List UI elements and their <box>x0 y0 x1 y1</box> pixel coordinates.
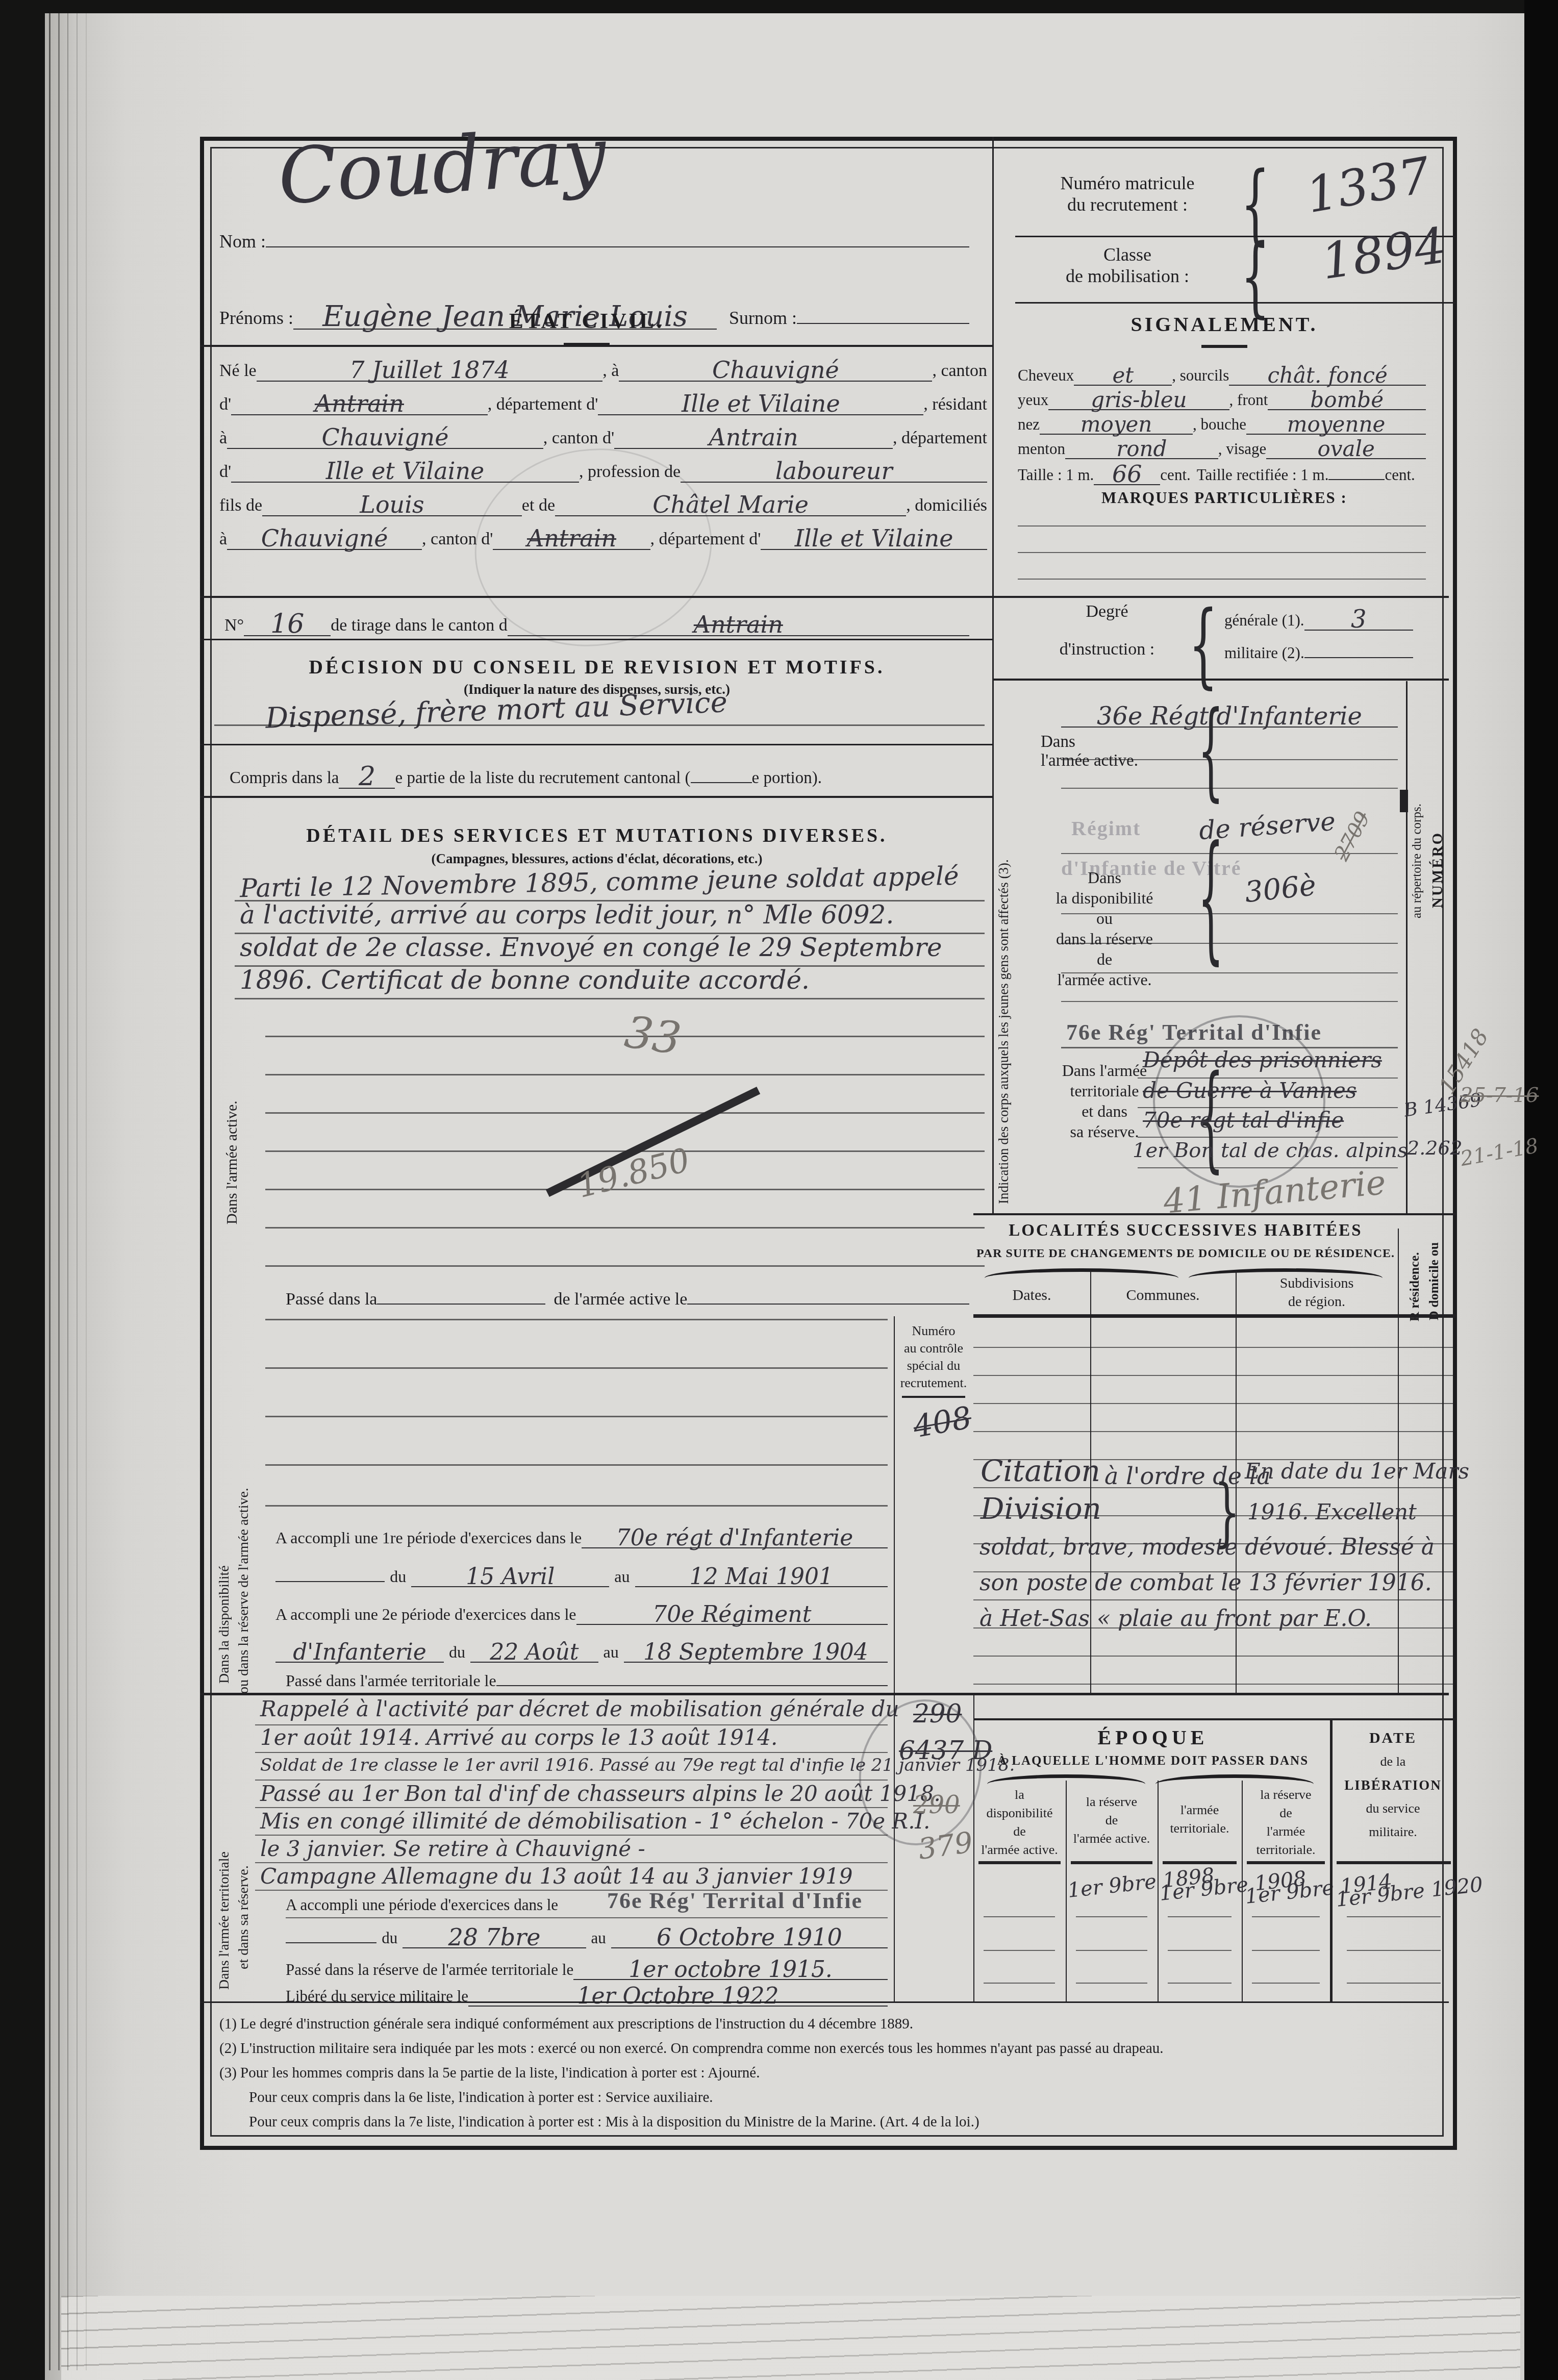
birth-canton-handwritten: Antrain <box>315 393 404 415</box>
front-handwritten: bombé <box>1310 390 1384 410</box>
dispo-brace: { <box>1198 816 1224 978</box>
sourcils-handwritten: chât. foncé <box>1267 365 1387 386</box>
dispo-blank-line <box>265 1319 888 1320</box>
epoque-divider-2 <box>1158 1781 1159 2001</box>
departement-d-label: , département d' <box>650 530 761 549</box>
au-label: au <box>614 1567 630 1586</box>
compris-label-2: e partie de la liste du recrutement cant… <box>395 769 690 788</box>
citation-word: Citation <box>981 1457 1100 1485</box>
portion-field <box>691 782 752 783</box>
periode-2-infanterie-handwritten: d'Infanterie <box>293 1642 426 1663</box>
periode-2-to-handwritten: 18 Septembre 1904 <box>643 1642 868 1663</box>
corps-line <box>1138 1137 1398 1138</box>
profession-handwritten: laboureur <box>775 460 893 483</box>
epoque-col1: disponibilité <box>973 1804 1066 1822</box>
section-rule-1 <box>200 596 1449 598</box>
epoque-date-col: LIBÉRATION <box>1330 1773 1456 1797</box>
terr-rule <box>255 1835 888 1836</box>
footnotes-rule <box>200 2001 1449 2003</box>
citation-line-4: son poste de combat le 13 février 1916. <box>979 1572 1432 1594</box>
book-gutter-line <box>49 13 51 2370</box>
citation-division: Division <box>981 1495 1101 1523</box>
epoque-col4: territoriale. <box>1242 1841 1330 1859</box>
chasseurs-alpins-handwritten: 1er Bon tal de chas. alpins <box>1133 1141 1408 1160</box>
domicilies-label: , domiciliés <box>906 496 987 515</box>
dispo-label-2: la disponibilité <box>1020 888 1189 908</box>
epoque-row-line <box>1076 1983 1147 1984</box>
et-de-label: et de <box>522 496 555 515</box>
parents-canton-handwritten: Antrain <box>527 528 616 550</box>
nez-handwritten: moyen <box>1080 414 1152 435</box>
du-label: du <box>382 1929 397 1947</box>
periode-1-blank <box>275 1581 385 1582</box>
epoque-col4: l'armée <box>1242 1822 1330 1841</box>
tirage-canton-handwritten: Antrain <box>694 614 783 636</box>
epoque-title: ÉPOQUE <box>990 1725 1316 1749</box>
controle-label-1: Numéro <box>894 1322 973 1340</box>
col-subdivisions-2: de région. <box>1236 1294 1398 1310</box>
departement-label: , département <box>893 429 987 448</box>
au-label: au <box>591 1929 606 1947</box>
controle-num-1: 290 <box>913 1702 962 1726</box>
nom-label: Nom : <box>219 231 266 252</box>
dispo-label-3: ou <box>1020 908 1189 929</box>
etat-civil-dash <box>564 343 610 346</box>
au-label: au <box>604 1643 619 1662</box>
menton-label: menton <box>1018 440 1065 458</box>
dispo-blank-line <box>265 1464 888 1466</box>
footnote-5: Pour ceux compris dans la 7e liste, l'in… <box>249 2110 1443 2134</box>
epoque-col2: la réserve <box>1066 1793 1158 1811</box>
signalement-title: SIGNALEMENT. <box>1046 312 1403 336</box>
compris-label-3: e portion). <box>752 769 822 788</box>
classe-label-1: Classe <box>1020 244 1235 265</box>
services-line-4: 1896. Certificat de bonne conduite accor… <box>240 968 810 993</box>
epoque-date-col: militaire. <box>1330 1820 1456 1844</box>
instruction-rule <box>992 679 1449 681</box>
epoque-col2: de <box>1066 1811 1158 1830</box>
terr-side-label-1: Dans l'armée territoriale <box>216 1714 233 1990</box>
epoque-date-col: de la <box>1330 1750 1456 1773</box>
localites-row-line <box>973 1431 1456 1432</box>
dispo-blank-line <box>265 1367 888 1369</box>
numero-tirage-handwritten: 16 <box>270 612 304 637</box>
compris-rule <box>200 796 992 798</box>
passe-active-field-1 <box>377 1304 545 1305</box>
nom-field <box>266 246 969 247</box>
citation-line-5: à Het-Sas « plaie au front par E.O. <box>979 1608 1372 1630</box>
column-divider <box>992 137 994 1213</box>
dispo-label-1: Dans <box>1020 867 1189 888</box>
armee-active-label-2: l'armée active. <box>1041 751 1138 770</box>
epoque-head-underline <box>1337 1861 1451 1864</box>
epoque-head-underline <box>1071 1861 1152 1864</box>
fils-de-label: fils de <box>219 496 262 515</box>
epoque-row-line <box>1168 1950 1232 1951</box>
controle-num-3: 290 <box>913 1794 960 1817</box>
a-label: à <box>219 429 227 448</box>
passe-territoriale-field <box>496 1685 888 1686</box>
register-page-scan: Coudray Nom : Prénoms : Eugène Jean Mari… <box>0 0 1558 2380</box>
parents-commune-handwritten: Chauvigné <box>261 528 388 550</box>
controle-num-2: 6437 D <box>899 1739 992 1763</box>
terr-line-2: 1er août 1914. Arrivé au corps le 13 aoû… <box>260 1727 777 1748</box>
passe-active-field-2 <box>687 1304 969 1305</box>
pencil-33: 33 <box>622 1012 684 1061</box>
periode-1-corps-handwritten: 70e régt d'Infanterie <box>616 1527 853 1549</box>
father-name-handwritten: Louis <box>360 494 424 516</box>
epoque-date-col: DATE <box>1330 1726 1456 1750</box>
classe-rule <box>1015 302 1456 304</box>
services-line-3: soldat de 2e classe. Envoyé en congé le … <box>240 936 942 960</box>
epoque-col3: l'armée <box>1158 1801 1242 1819</box>
epoque-head-underline <box>978 1861 1061 1864</box>
matricule-label-1: Numéro matricule <box>1020 172 1235 194</box>
epoque-row-line <box>984 1916 1055 1917</box>
epoque-row-line <box>1347 1983 1441 1984</box>
dr-col-label-2: R résidence. <box>1407 1235 1422 1321</box>
services-line-2: à l'activité, arrivé au corps ledit jour… <box>240 903 894 928</box>
departement-label: , département d' <box>488 395 598 414</box>
decision-line-2 <box>200 744 992 745</box>
taille-handwritten: 66 <box>1112 463 1142 486</box>
du-label: du <box>390 1567 406 1586</box>
terr-ex-from-handwritten: 28 7bre <box>448 1926 540 1949</box>
instruction-generale-label: générale (1). <box>1224 611 1304 630</box>
epoque-row-line <box>1252 1983 1320 1984</box>
repertoire-label-2: au répertoire du corps. <box>1410 684 1424 918</box>
epoque-col3: territoriale. <box>1158 1819 1242 1838</box>
passe-active-label-1: Passé dans la <box>286 1290 377 1309</box>
birth-departement-handwritten: Ille et Vilaine <box>682 393 840 415</box>
bouche-handwritten: moyenne <box>1287 414 1386 435</box>
margin-date-1: 25-7-16 <box>1460 1086 1539 1105</box>
epoque-col1: la <box>973 1786 1066 1804</box>
page-stack-bottom-edge <box>61 2296 1520 2380</box>
terr-76-stamp: 76e Rég' Territal d'Infie <box>607 1888 863 1914</box>
ne-le-label: Né le <box>219 361 257 381</box>
menton-handwritten: rond <box>1116 439 1167 459</box>
dispo-label-5: de <box>1020 949 1189 969</box>
corps-blank-line <box>1061 788 1398 789</box>
cheveux-label: Cheveux <box>1018 366 1074 385</box>
localites-header-rule <box>973 1314 1456 1318</box>
instruction-generale-handwritten: 3 <box>1351 608 1367 632</box>
residence-departement-handwritten: Ille et Vilaine <box>326 460 485 483</box>
guerre-vannes-handwritten: de Guerre à Vannes <box>1143 1081 1356 1101</box>
instruction-militaire-label: militaire (2). <box>1224 644 1304 662</box>
controle-408-handwritten: 408 <box>911 1403 974 1442</box>
epoque-row-line <box>1168 1916 1232 1917</box>
scan-right-black-band <box>1524 0 1558 2380</box>
dispo-label-6: l'armée active. <box>1020 969 1189 990</box>
visage-handwritten: ovale <box>1318 439 1375 459</box>
marques-line-3 <box>1018 579 1426 580</box>
localites-row-line <box>973 1347 1456 1348</box>
footnote-1: (1) Le degré d'instruction générale sera… <box>219 2012 1444 2036</box>
epoque-col2: l'armée active. <box>1066 1830 1158 1848</box>
terr-ex-to-handwritten: 6 Octobre 1910 <box>657 1926 842 1949</box>
periode-2-label: A accompli une 2e période d'exercices da… <box>275 1605 576 1624</box>
mother-name-handwritten: Châtel Marie <box>652 494 809 516</box>
terr-line-4: Passé au 1er Bon tal d'inf de chasseurs … <box>260 1784 941 1804</box>
dispo-blank-line <box>265 1416 888 1417</box>
epoque-col4: la réserve <box>1242 1786 1330 1804</box>
localites-row-line <box>973 1656 1456 1657</box>
taille-unit-label: cent. <box>1160 466 1190 484</box>
reserve-number-handwritten: 306è <box>1244 872 1318 907</box>
controle-label-2: au contrôle <box>894 1340 973 1357</box>
libere-date-handwritten: 1er Octobre 1922 <box>577 1986 778 2007</box>
book-gutter-line <box>86 13 87 2370</box>
degre-brace: { <box>1189 592 1218 699</box>
taille-label: Taille : 1 m. <box>1018 466 1094 484</box>
epoque-row-line <box>1347 1916 1441 1917</box>
terr-rule <box>255 1807 888 1808</box>
front-label: , front <box>1229 391 1268 409</box>
epoque-date-col: du service <box>1330 1797 1456 1820</box>
degre-label-2: d'instruction : <box>1031 640 1184 659</box>
marques-line-2 <box>1018 552 1426 553</box>
services-rule <box>235 998 985 999</box>
visage-label: , visage <box>1218 440 1267 458</box>
yeux-label: yeux <box>1018 391 1048 409</box>
terr-rule <box>255 1780 888 1781</box>
periode-1-to-handwritten: 12 Mai 1901 <box>690 1566 833 1588</box>
epoque-row-line <box>1168 1983 1232 1984</box>
yeux-handwritten: gris-bleu <box>1091 390 1187 410</box>
controle-label-4: recrutement. <box>894 1374 973 1392</box>
dispo-blank-line <box>265 1505 888 1507</box>
localites-row-line <box>973 1403 1456 1404</box>
services-rule <box>265 1265 985 1267</box>
residence-commune-handwritten: Chauvigné <box>322 427 449 449</box>
terr-line-7: Campagne Allemagne du 13 août 14 au 3 ja… <box>260 1866 853 1887</box>
passe-territoriale-label: Passé dans l'armée territoriale le <box>286 1671 496 1690</box>
nez-label: nez <box>1018 415 1040 434</box>
sourcils-label: , sourcils <box>1172 366 1229 385</box>
dr-col-label-1: D domicile ou <box>1426 1229 1442 1320</box>
taille-rectifiee-unit-label: cent. <box>1385 466 1415 484</box>
terr-line-6: le 3 janvier. Se retire à Chauvigné - <box>260 1839 645 1859</box>
canton-label: , canton <box>932 361 987 381</box>
book-gutter-line <box>58 13 60 2370</box>
footnote-2: (2) L'instruction militaire sera indiqué… <box>219 2037 1444 2061</box>
residant-label: , résidant <box>923 395 987 414</box>
dispo-side-label-2: ou dans la réserve de l'armée active. <box>236 1326 252 1694</box>
compris-label: Compris dans la <box>230 769 339 788</box>
epoque-row-line <box>1252 1950 1320 1951</box>
corps-side-label: Indication des corps auxquels les jeunes… <box>996 694 1012 1204</box>
canton-d-label: , canton d' <box>422 530 493 549</box>
terr-rule <box>255 1752 888 1753</box>
birth-commune-handwritten: Chauvigné <box>712 359 839 382</box>
epoque-col1: de <box>973 1822 1066 1841</box>
services-rule <box>265 1227 985 1229</box>
surname-handwritten: Coudray <box>276 119 609 214</box>
dispo-side-label-1: Dans la disponibilité <box>216 1347 233 1684</box>
du-label: du <box>449 1643 465 1662</box>
decision-title: DÉCISION DU CONSEIL DE REVISION ET MOTIF… <box>255 656 939 679</box>
prenoms-label: Prénoms : <box>219 307 293 329</box>
terr-reserve-date-handwritten: 1er octobre 1915. <box>629 1959 833 1981</box>
decision-line-1 <box>214 724 985 726</box>
epoque-col1: l'armée active. <box>973 1841 1066 1859</box>
repertoire-divider <box>1406 681 1408 1213</box>
terr-line-5: Mis en congé illimité de démobilisation … <box>260 1811 930 1832</box>
taille-rectifiee-label: Taille rectifiée : 1 m. <box>1197 466 1329 484</box>
bouche-label: , bouche <box>1193 415 1246 434</box>
signalement-dash <box>1201 345 1247 348</box>
periode-1-label: A accompli une 1re période d'exercices d… <box>275 1529 582 1547</box>
footnote-4: Pour ceux compris dans la 6e liste, l'in… <box>249 2086 1443 2110</box>
etat-civil-title: ÉTAT CIVIL. <box>357 309 816 334</box>
epoque-head-underline <box>1247 1861 1325 1864</box>
marques-label: MARQUES PARTICULIÈRES : <box>1046 489 1403 507</box>
vitre-stamp-line-1: Régimt <box>1071 816 1141 840</box>
a-label: , à <box>602 361 619 381</box>
terr-ex-blank <box>286 1942 376 1943</box>
terr-rule <box>255 1862 888 1863</box>
epoque-row-line <box>1252 1916 1320 1917</box>
col-dates: Dates. <box>973 1287 1090 1304</box>
70e-territorial-handwritten: 70e regt tal d'infie <box>1143 1110 1344 1131</box>
depot-prisonniers-handwritten: Dépôt des prisonniers <box>1143 1050 1382 1070</box>
controle-label-3: spécial du <box>894 1357 973 1374</box>
numero-tirage-label: N° <box>224 616 244 635</box>
tirage-rule <box>200 639 992 640</box>
canton-d-label: , canton d' <box>543 429 614 448</box>
armee-active-corps-handwritten: 36e Régt d'Infanterie <box>1097 705 1362 729</box>
profession-label: , profession de <box>579 462 681 482</box>
citation-date-1: En date du 1er Mars <box>1245 1461 1469 1482</box>
epoque-row-line <box>1076 1950 1147 1951</box>
instruction-militaire-field <box>1304 657 1413 658</box>
armee-active-label-1: Dans <box>1041 733 1138 751</box>
book-gutter-line <box>77 13 78 2370</box>
repertoire-label-1: NUMÉRO <box>1429 694 1446 908</box>
classe-label-2: de mobilisation : <box>1020 265 1235 287</box>
terr-line-1: Rappelé à l'activité par décret de mobil… <box>260 1699 899 1719</box>
passe-active-label-2: de l'armée active le <box>554 1290 687 1309</box>
tirage-canton-label: de tirage dans le canton d <box>331 616 507 635</box>
localites-title: LOCALITÉS SUCCESSIVES HABITÉES <box>973 1221 1398 1240</box>
periode-2-from-handwritten: 22 Août <box>490 1642 579 1663</box>
epoque-subtitle: À LAQUELLE L'HOMME DOIT PASSER DANS <box>979 1754 1326 1768</box>
epoque-row-line <box>984 1950 1055 1951</box>
birth-date-handwritten: 7 Juillet 1874 <box>349 359 510 382</box>
services-title: DÉTAIL DES SERVICES ET MUTATIONS DIVERSE… <box>255 824 939 847</box>
corps-blank-line <box>1061 1001 1398 1002</box>
epoque-head-underline <box>1163 1861 1237 1864</box>
section-rule-2 <box>200 1693 1449 1695</box>
services-rule <box>265 1112 985 1114</box>
repertoire-number-2262: 2.262 <box>1407 1139 1463 1157</box>
corps-blank-line <box>1061 759 1398 760</box>
terr-reserve-label: Passé dans la réserve de l'armée territo… <box>286 1961 573 1979</box>
col-subdivisions-1: Subdivisions <box>1236 1275 1398 1292</box>
controle-header-rule <box>902 1396 965 1398</box>
epoque-col4: de <box>1242 1804 1330 1822</box>
book-gutter-line <box>67 13 68 2370</box>
matricule-label-2: du recrutement : <box>1020 194 1235 215</box>
localites-top-rule <box>973 1213 1456 1215</box>
d-label: d' <box>219 395 231 414</box>
epoque-divider-1 <box>1066 1781 1067 2001</box>
services-side-label: Dans l'armée active. <box>223 837 241 1224</box>
dispo-label-4: dans la réserve <box>1020 929 1189 949</box>
surnom-field <box>797 323 969 324</box>
terr-side-label-2: et dans sa réserve. <box>236 1735 252 1969</box>
periode-2-corps-handwritten: 70e Régiment <box>652 1604 811 1625</box>
terr-rule <box>286 1917 888 1918</box>
epoque-row-line <box>1076 1916 1147 1917</box>
localites-row-line <box>973 1599 1456 1600</box>
epoque-divider-3 <box>1242 1781 1243 2001</box>
marques-line-1 <box>1018 525 1426 527</box>
localites-row-line <box>973 1684 1456 1685</box>
localites-subtitle: PAR SUITE DE CHANGEMENTS DE DOMICILE OU … <box>973 1247 1398 1261</box>
cheveux-handwritten: et <box>1112 365 1134 386</box>
a-label: à <box>219 530 227 549</box>
footnote-3: (3) Pour les hommes compris dans la 5e p… <box>219 2061 1444 2085</box>
col-communes: Communes. <box>1090 1287 1236 1304</box>
compris-handwritten: 2 <box>359 764 375 789</box>
citation-line-3: soldat, brave, modeste dévoué. Blessé à <box>979 1537 1435 1558</box>
d-label: d' <box>219 462 231 482</box>
periode-1-from-handwritten: 15 Avril <box>466 1566 555 1588</box>
citation-date-2: 1916. Excellent <box>1247 1502 1417 1522</box>
services-rule <box>265 1074 985 1075</box>
localites-row-line <box>973 1375 1456 1376</box>
degre-label-1: Degré <box>1031 602 1184 621</box>
terr-exercice-label: A accompli une période d'exercices dans … <box>286 1896 558 1914</box>
epoque-divider-date <box>1330 1720 1333 2001</box>
taille-rectifiee-field <box>1328 479 1385 480</box>
epoque-top-rule <box>973 1718 1456 1720</box>
epoque-row-line <box>984 1983 1055 1984</box>
residence-canton-handwritten: Antrain <box>709 427 798 449</box>
epoque-row-line <box>1347 1950 1441 1951</box>
parents-departement-handwritten: Ille et Vilaine <box>795 528 953 550</box>
repertoire-tick <box>1400 790 1408 812</box>
controle-num-4: 379 <box>917 1829 974 1864</box>
